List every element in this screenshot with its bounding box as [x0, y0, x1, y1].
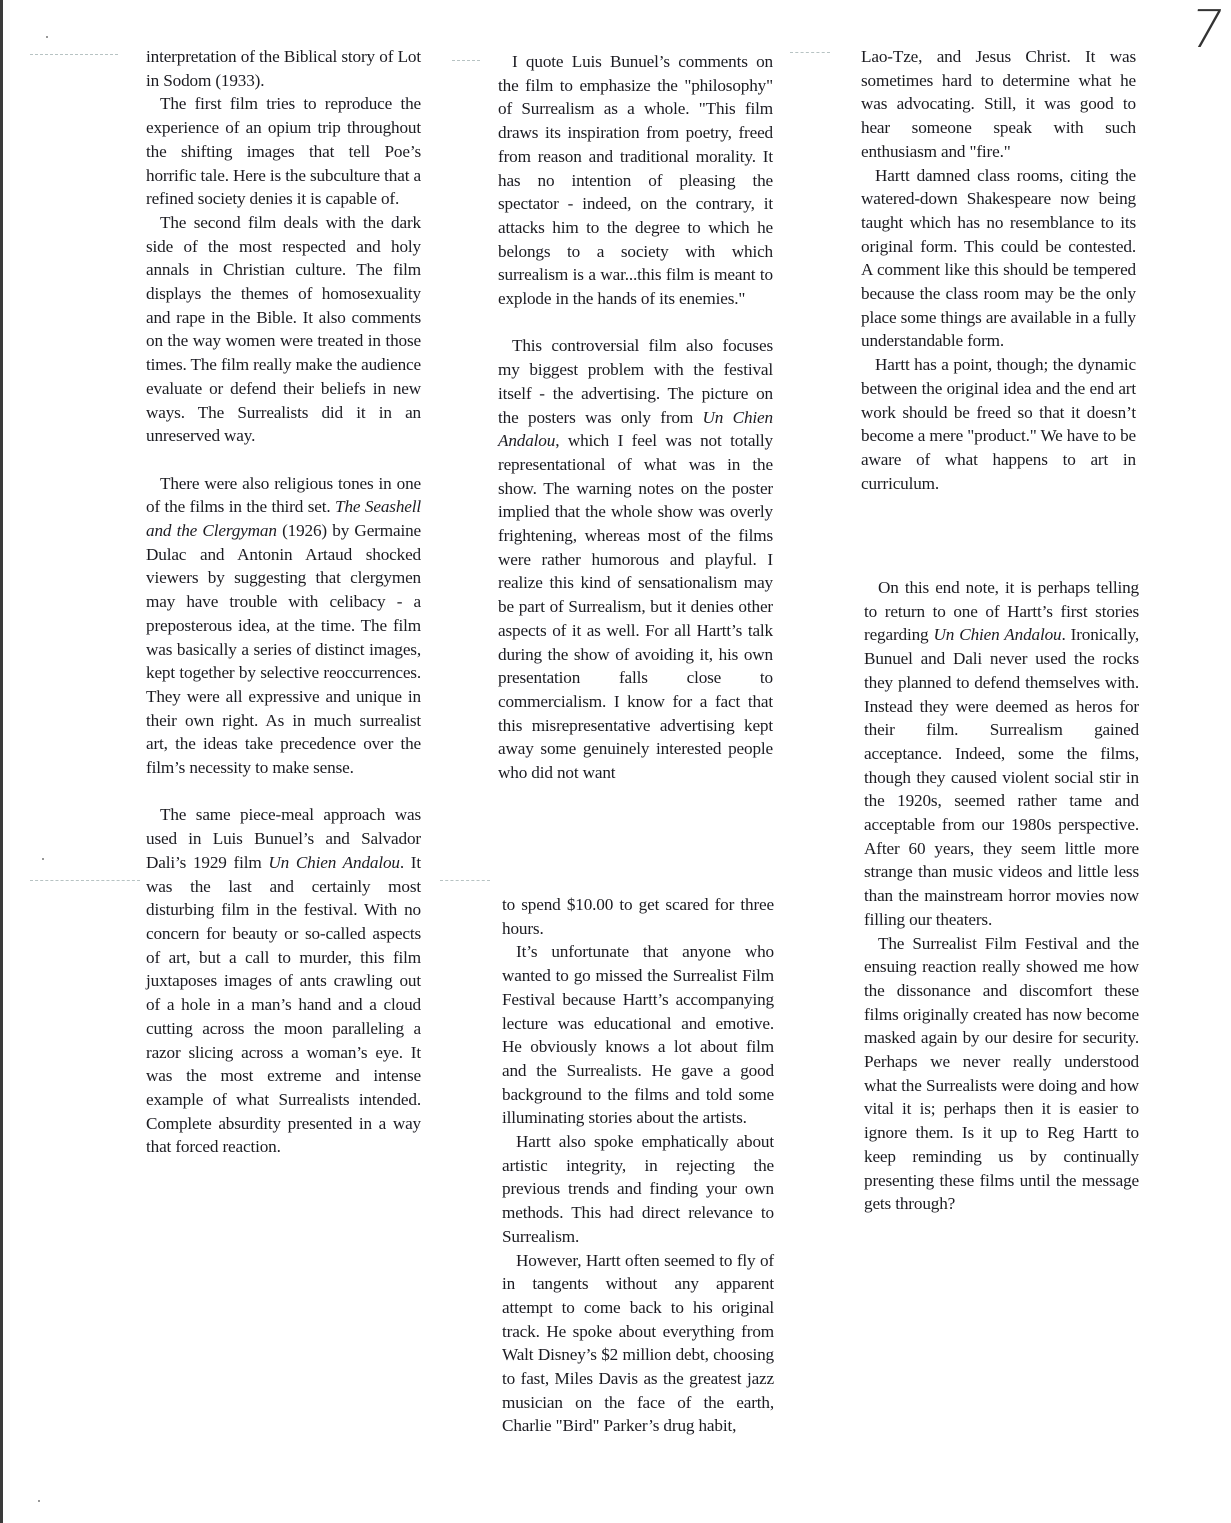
paste-up-rule — [30, 880, 140, 881]
paragraph: I quote Luis Bunuel’s comments on the fi… — [498, 50, 773, 311]
text-run: , which I feel was not totally represent… — [498, 431, 773, 782]
paragraph: Lao-Tze, and Jesus Christ. It was someti… — [861, 45, 1136, 164]
paragraph: Hartt also spoke emphatically about arti… — [502, 1130, 774, 1249]
article-column-2: I quote Luis Bunuel’s comments on the fi… — [498, 50, 773, 785]
paragraph: The Surrealist Film Festival and the ens… — [864, 932, 1139, 1216]
paste-up-rule — [452, 60, 480, 61]
paragraph: There were also religious tones in one o… — [146, 472, 421, 780]
film-title: Un Chien Andalou — [268, 853, 399, 872]
paste-up-rule — [30, 54, 118, 55]
paragraph: On this end note, it is perhaps telling … — [864, 576, 1139, 932]
paragraph: Hartt damned class rooms, citing the wat… — [861, 164, 1136, 354]
film-title: Un Chien Andalou — [934, 625, 1062, 644]
scan-edge — [0, 0, 3, 1523]
article-column-3: Lao-Tze, and Jesus Christ. It was someti… — [861, 45, 1136, 495]
article-column-1: interpretation of the Biblical story of … — [146, 45, 421, 1159]
scan-speck — [46, 36, 48, 38]
paragraph: The second film deals with the dark side… — [146, 211, 421, 448]
paragraph: However, Hartt often seemed to fly of in… — [502, 1249, 774, 1439]
text-run: (1926) by Germaine Dulac and Antonin Art… — [146, 521, 421, 777]
article-column-3-continued: On this end note, it is perhaps telling … — [864, 576, 1139, 1216]
paste-up-rule — [440, 880, 490, 881]
paragraph: The same piece-meal approach was used in… — [146, 803, 421, 1159]
paragraph: The first film tries to reproduce the ex… — [146, 92, 421, 211]
scan-speck — [38, 1500, 40, 1502]
article-column-2-continued: to spend $10.00 to get scared for three … — [502, 893, 774, 1438]
paragraph: interpretation of the Biblical story of … — [146, 45, 421, 92]
text-run: . It was the last and certainly most dis… — [146, 853, 421, 1156]
paragraph: It’s unfortunate that anyone who wanted … — [502, 940, 774, 1130]
page-number: 7 — [1185, 0, 1229, 60]
paragraph: to spend $10.00 to get scared for three … — [502, 893, 774, 940]
scan-speck — [42, 858, 44, 860]
paragraph: This controversial film also focuses my … — [498, 334, 773, 784]
paste-up-rule — [790, 52, 830, 53]
paragraph: Hartt has a point, though; the dynamic b… — [861, 353, 1136, 495]
text-run: . Ironically, Bunuel and Dali never used… — [864, 625, 1139, 928]
